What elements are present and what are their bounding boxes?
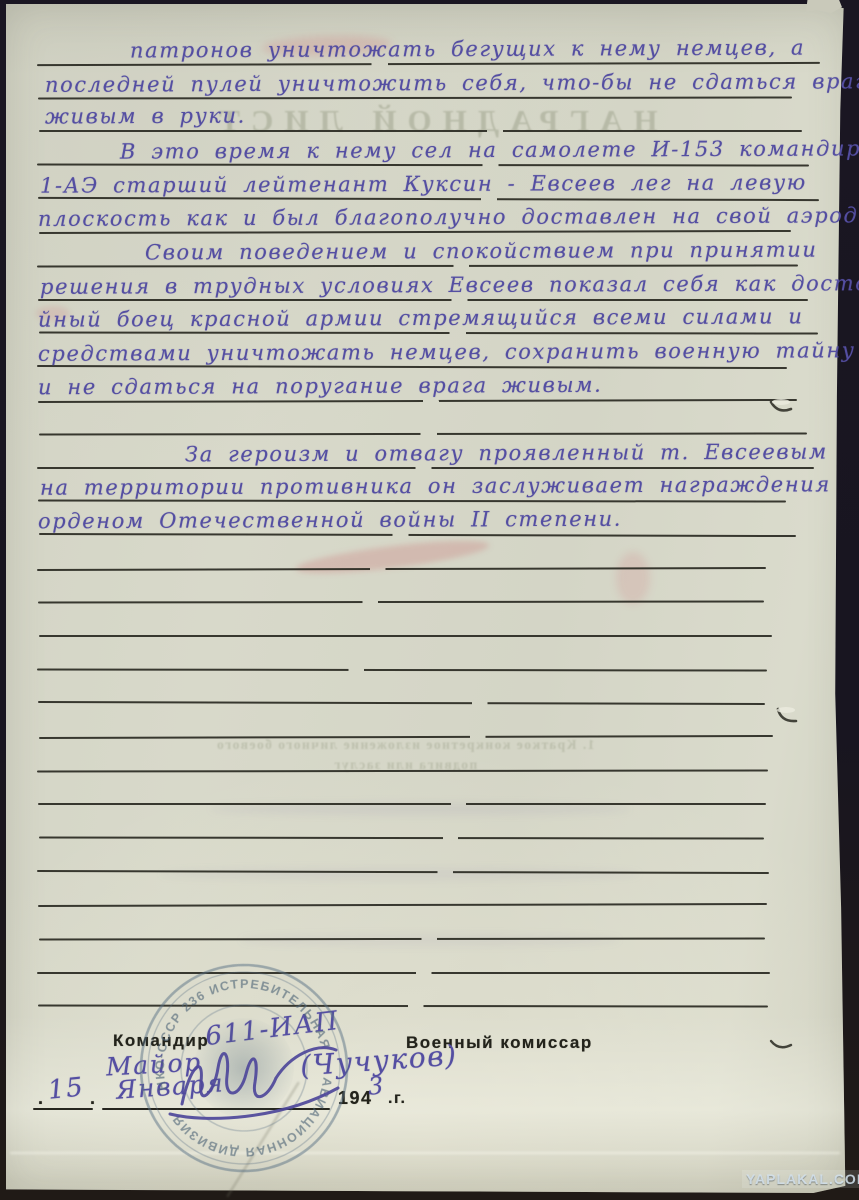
handwritten-line: Своим поведением и спокойствием при прин…	[145, 236, 818, 267]
ruled-line	[37, 972, 770, 974]
handwritten-line: решения в трудных условиях Евсеев показа…	[40, 269, 859, 301]
signature-scribble	[160, 1026, 380, 1126]
scanned-award-document-photo: { "handwriting": { "lines": [ "патронов …	[0, 0, 859, 1200]
handwritten-line: 1-АЭ старший лейтенант Куксин - Евсеев л…	[40, 168, 807, 199]
ruled-line	[38, 803, 766, 805]
bleedthrough-title: НАГРАДНОЙ ЛИСТ	[198, 103, 668, 139]
handwritten-line: йный боец красной армии стремящийся всем…	[38, 302, 804, 333]
date-dot-left: .	[38, 1088, 45, 1109]
tear-mark	[768, 1036, 794, 1056]
bleedthrough-form-line: 1. Краткое конкретное изложение личного …	[150, 737, 660, 753]
handwritten-line: орденом Отечественной войны II степени.	[38, 505, 622, 536]
handwritten-line: плоскость как и был благополучно доставл…	[38, 201, 859, 233]
ruled-line	[39, 635, 772, 637]
handwritten-line: патронов уничтожать бегущих к нему немце…	[130, 34, 805, 65]
tear-mark	[774, 706, 800, 728]
date-day-handwritten: 15	[47, 1072, 86, 1106]
handwritten-line: живым в руки.	[45, 102, 246, 131]
handwritten-line: на территории противника он заслуживает …	[40, 470, 831, 501]
watermark-label: YAPLAKAL.COM	[742, 1170, 859, 1188]
handwritten-line: За героизм и отвагу проявленный т. Евсее…	[185, 438, 828, 469]
ruled-line	[39, 130, 802, 132]
date-year-suffix: .г.	[388, 1090, 406, 1108]
handwritten-line: последней пулей уничтожить себя, что-бы …	[45, 67, 859, 99]
tear-mark	[768, 398, 794, 418]
handwritten-line: В это время к нему сел на самолете И-153…	[120, 134, 859, 165]
handwritten-line: и не сдаться на поругание врага живым.	[38, 371, 603, 401]
date-underline	[33, 1108, 93, 1110]
date-dot-right: .	[90, 1088, 97, 1109]
handwritten-line: средствами уничтожать немцев, сохранить …	[38, 336, 856, 368]
